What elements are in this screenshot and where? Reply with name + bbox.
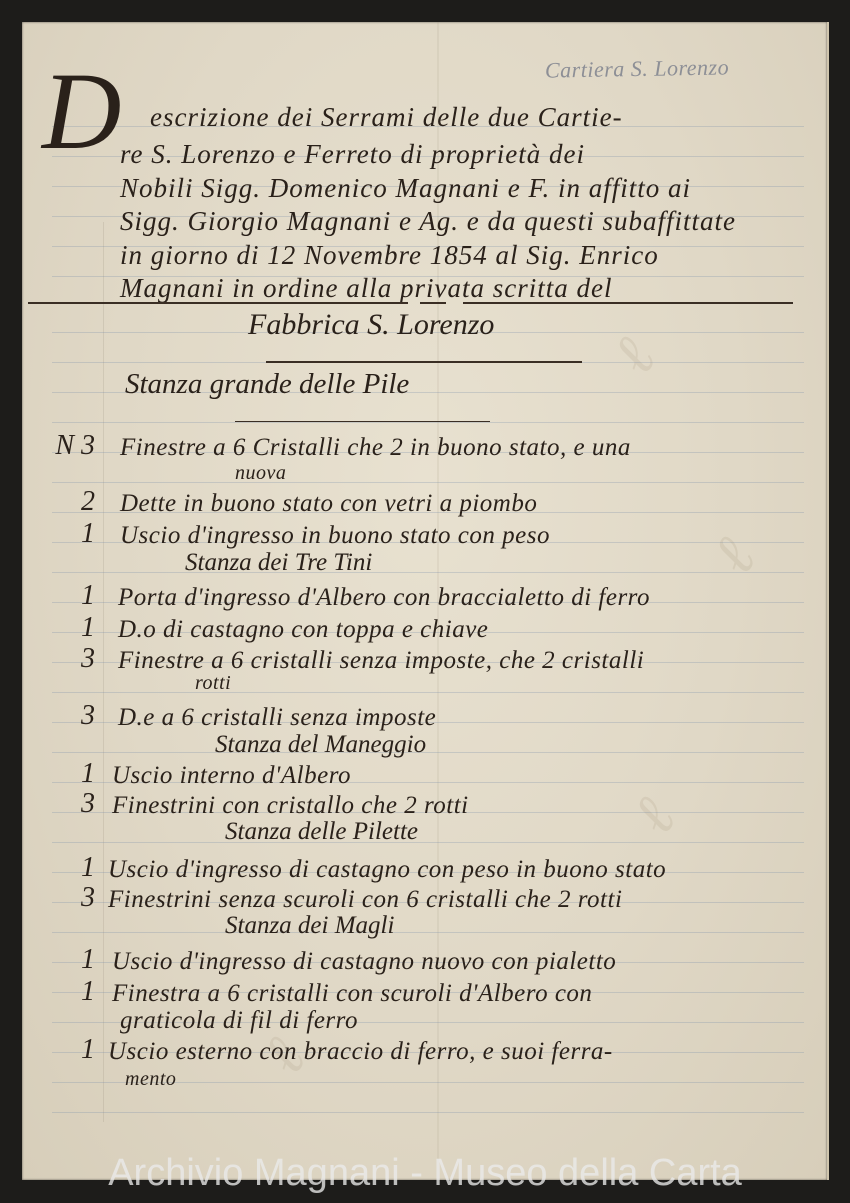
- item-quantity: 1: [35, 758, 95, 790]
- item-quantity: 1: [35, 612, 95, 644]
- room-heading: Stanza del Maneggio: [215, 731, 426, 759]
- inventory-item: Porta d'ingresso d'Albero con braccialet…: [118, 584, 650, 612]
- inventory-item: Finestrini con cristallo che 2 rotti: [112, 792, 469, 820]
- heading-divider: [420, 302, 446, 304]
- inventory-item: Uscio esterno con braccio di ferro, e su…: [108, 1038, 613, 1066]
- heading-line-5: in giorno di 12 Novembre 1854 al Sig. En…: [120, 240, 659, 271]
- ruled-line: [52, 842, 804, 843]
- heading-line-6: Magnani in ordine alla privata scritta d…: [120, 273, 612, 304]
- item-quantity: 1: [35, 580, 95, 612]
- inventory-item: Dette in buono stato con vetri a piombo: [120, 490, 537, 518]
- inventory-item: D.e a 6 cristalli senza imposte: [118, 704, 436, 732]
- room-heading: Stanza dei Tre Tini: [185, 549, 372, 577]
- decorated-initial: D: [42, 56, 121, 166]
- inventory-item: Uscio d'ingresso di castagno nuovo con p…: [112, 948, 616, 976]
- pencil-annotation: Cartiera S. Lorenzo: [545, 54, 730, 83]
- inventory-item: Uscio d'ingresso in buono stato con peso: [120, 522, 550, 550]
- heading-line-3: Nobili Sigg. Domenico Magnani e F. in af…: [120, 173, 691, 204]
- room-heading: Stanza dei Magli: [225, 912, 394, 940]
- inventory-item-continued: rotti: [195, 672, 231, 695]
- item-quantity: 1: [35, 976, 95, 1008]
- item-quantity: 1: [35, 944, 95, 976]
- bleed-through-ink: ℓ: [699, 526, 770, 586]
- ruled-line: [52, 1112, 804, 1113]
- heading-line-4: Sigg. Giorgio Magnani e Ag. e da questi …: [120, 206, 736, 237]
- inventory-item: Finestre a 6 cristalli senza imposte, ch…: [118, 647, 644, 675]
- inventory-item-continued: nuova: [235, 462, 286, 485]
- ruled-line: [52, 482, 804, 483]
- item-quantity: 1: [35, 852, 95, 884]
- item-quantity: 3: [35, 882, 95, 914]
- inventory-item: Uscio d'ingresso di castagno con peso in…: [108, 856, 666, 884]
- inventory-item: Finestrini senza scuroli con 6 cristalli…: [108, 886, 622, 914]
- item-quantity: 1: [35, 1034, 95, 1066]
- inventory-item: Finestre a 6 Cristalli che 2 in buono st…: [120, 434, 631, 462]
- inventory-item-continued: graticola di fil di ferro: [120, 1007, 358, 1035]
- inventory-item: D.o di castagno con toppa e chiave: [118, 616, 488, 644]
- room-heading: Stanza delle Pilette: [225, 818, 418, 846]
- heading-line-2: re S. Lorenzo e Ferreto di proprietà dei: [120, 139, 585, 170]
- item-quantity: 3: [35, 643, 95, 675]
- heading-divider: [463, 302, 793, 304]
- inventory-item: Uscio interno d'Albero: [112, 762, 351, 790]
- item-quantity: 1: [35, 518, 95, 550]
- item-quantity: N 3: [35, 430, 95, 462]
- item-quantity: 3: [35, 700, 95, 732]
- room-underline: [235, 421, 490, 422]
- item-quantity: 3: [35, 788, 95, 820]
- bleed-through-ink: ℓ: [619, 786, 690, 846]
- ruled-line: [52, 692, 804, 693]
- archive-watermark: Archivio Magnani - Museo della Carta: [0, 1152, 850, 1195]
- item-quantity: 2: [35, 486, 95, 518]
- heading-line-1: escrizione dei Serrami delle due Cartie-: [150, 102, 623, 133]
- section-underline: [266, 361, 582, 363]
- ruled-line: [52, 572, 804, 573]
- ruled-line: [52, 422, 804, 423]
- inventory-item-continued: mento: [125, 1068, 176, 1091]
- section-title: Fabbrica S. Lorenzo: [248, 308, 494, 342]
- margin-line: [103, 222, 104, 1122]
- heading-divider: [28, 302, 408, 304]
- room-heading: Stanza grande delle Pile: [125, 368, 409, 401]
- ruled-line: [52, 932, 804, 933]
- inventory-item: Finestra a 6 cristalli con scuroli d'Alb…: [112, 980, 592, 1008]
- ruled-line: [52, 752, 804, 753]
- bleed-through-ink: ℓ: [599, 326, 670, 386]
